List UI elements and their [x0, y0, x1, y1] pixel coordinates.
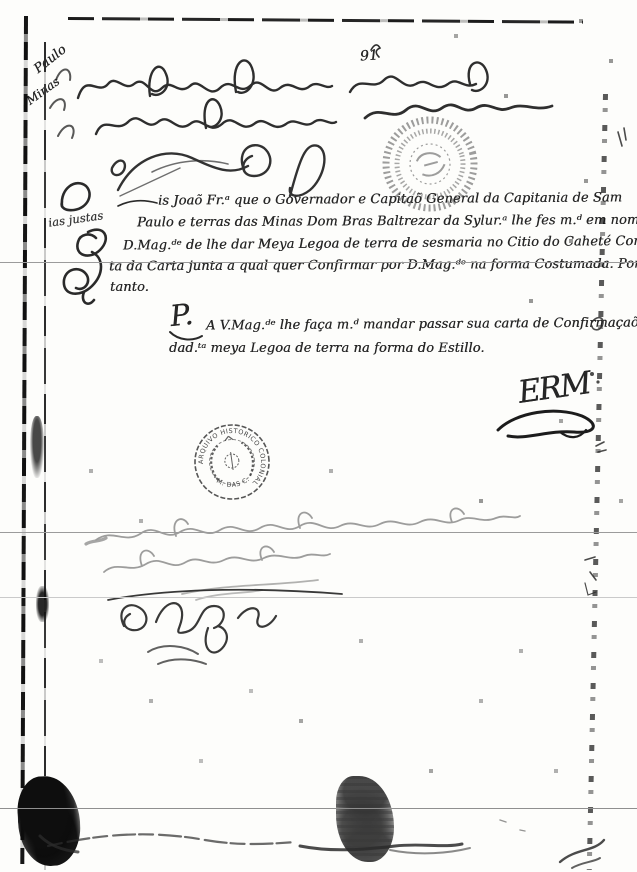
- lead-dashes: [118, 201, 202, 340]
- round-ink-stamp-top: [376, 110, 484, 218]
- courtesy-swash: [498, 411, 593, 437]
- rubric-flourish: [112, 145, 325, 196]
- top-dispatch-scrawl: [50, 45, 552, 138]
- fold-line: [0, 532, 637, 533]
- archive-stamp: ARQUIVO HISTORICO COLONIAL · M. DAS C. ·: [190, 420, 274, 504]
- svg-text:· M. DAS C. ·: · M. DAS C. ·: [210, 469, 256, 492]
- signature-rubric: [108, 590, 342, 664]
- fold-line: [0, 597, 637, 598]
- fold-line: [0, 808, 637, 809]
- stamp-bottom-text: · M. DAS C. ·: [210, 469, 256, 492]
- right-margin-marks: [585, 128, 626, 595]
- bottom-smudges: [40, 820, 604, 868]
- manuscript-page: 91 Paulo Minas ias justas is Joaõ Fr.ᵃ q…: [0, 0, 637, 872]
- handwriting-overlay: ARQUIVO HISTORICO COLONIAL · M. DAS C. ·: [0, 0, 637, 872]
- faint-dispatch-note: [86, 508, 520, 600]
- margin-paraph: [62, 183, 106, 303]
- fold-line: [0, 262, 637, 263]
